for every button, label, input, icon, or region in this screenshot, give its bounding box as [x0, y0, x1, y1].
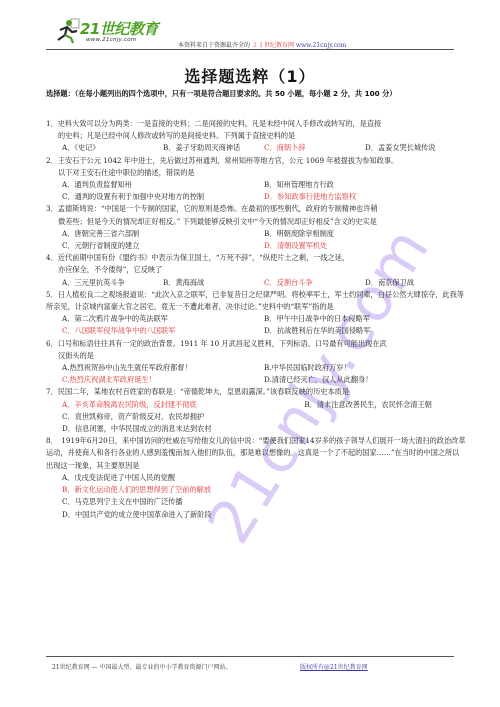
option-list: A．第二次鸦片战争中的英法联军B．甲午中日战争中的日本侵略军C．八国联军侵华战争… — [46, 313, 466, 337]
question-2: 2．王安石于公元 1042 年中进士，先后做过苏州通判，常州知州等地方官，公元 … — [46, 155, 466, 204]
site-logo[interactable]: 21世纪教育 www.21cnjy.com — [54, 12, 174, 48]
option-list: A．戊戌变法促进了中国人民的觉醒B．新文化运动使人们的思想得到了空前的解放C．马… — [46, 472, 466, 521]
page-header: 21世纪教育 www.21cnjy.com 本资料来自于资源最齐全的 ２１世纪教… — [46, 12, 454, 52]
question-stem-continued: 的史料；凡是已经中间人修改或转写的是间接史料。下列属于直接史料的是 — [46, 130, 466, 142]
question-stem: 1．史料大致可以分为两类：一是直接的史料；二是间接的史料。凡是未经中间人手修改或… — [46, 118, 466, 130]
logo-text: 21世纪教育 — [80, 18, 158, 39]
option-C: C．元朝行省制度的建立 — [62, 240, 264, 252]
question-stem-continued: 微差些；但是今天的情况却正好相反。” 下列最能够反映引文中“今天的情况却正好相反… — [46, 216, 466, 228]
question-stem: 6．口号和标语往往具有一定的政治背景。1911 年 10 月武昌起义胜利，下列标… — [46, 338, 466, 350]
page-title: 选择题选粹（1） — [0, 64, 500, 87]
option-D: D．信息闭塞，中华民国成立的消息未达到农村 — [62, 423, 466, 435]
page-footer: 21世纪教育网 — 中国最大型、最专业的中小学教育资源门户网站。 版权所有@21… — [52, 662, 452, 671]
option-B: B．黄海海战 — [163, 277, 264, 289]
question-5: 5．日人植松良二之观场报道说：“此次入京之联军，已非复昔日之纪律严明。将校率军士… — [46, 289, 466, 338]
option-C-correct: C．反割台斗争 — [264, 277, 365, 289]
option-row: C．袁世凯称帝，资产阶级反对，农民却拥护 — [46, 411, 466, 423]
question-list: 1．史料大致可以分为两类：一是直接的史料；二是间接的史料。凡是未经中间人手修改或… — [46, 118, 466, 521]
footer-tagline: 21世纪教育网 — 中国最大型、最专业的中小学教育资源门户网站。 — [52, 664, 231, 671]
option-A: A．《史记》 — [62, 142, 163, 154]
question-1: 1．史料大致可以分为两类：一是直接的史料；二是间接的史料。凡是未经中间人手修改或… — [46, 118, 466, 155]
footer-divider — [46, 656, 454, 657]
question-4: 4．近代前期中国有份《盟约书》中表示为保卫国土，“万死不辞”，“纵使片土之剩，一… — [46, 252, 466, 289]
option-A: A．第二次鸦片战争中的英法联军 — [62, 313, 264, 325]
option-list: A．三元里抗英斗争B．黄海海战C．反割台斗争D．南京保卫战 — [46, 277, 466, 289]
question-6: 6．口号和标语往往具有一定的政治背景。1911 年 10 月武昌起义胜利，下列标… — [46, 338, 466, 387]
option-A: A.热烈祝贺孙中山先生就任军政府都督！ — [62, 362, 264, 374]
option-A: A．通判负责监督知州 — [62, 179, 264, 191]
question-8: 8． 1919年6月20日，来中国访问的杜威在写给他女儿的信中说：“要使我们国家… — [46, 435, 466, 520]
question-stem-continued: 汉街头的是 — [46, 350, 466, 362]
option-B-correct: B．新文化运动使人们的思想得到了空前的解放 — [62, 484, 466, 496]
option-C-correct: C．八国联军侵华战争中的八国联军 — [62, 325, 264, 337]
question-3: 3．孟德斯鸠说：“中国是一个专制的国家，它的原则是恐怖。在最初的那些朝代，政府的… — [46, 203, 466, 252]
option-D-correct: D．清朝设置军机处 — [264, 240, 466, 252]
footer-copyright-link[interactable]: 版权所有@21世纪教育网 — [300, 662, 368, 671]
runner-logo-icon — [54, 18, 80, 44]
option-D: D．中国共产党的成立使中国革命进入了新阶段 — [62, 509, 466, 521]
question-stem: 2．王安石于公元 1042 年中进士，先后做过苏州通判，常州知州等地方官，公元 … — [46, 155, 466, 167]
question-stem: 7．民国二年，某地农村百姓家的春联是：“帝德乾坤大，皇恩雨露深。”该春联反映的历… — [46, 386, 466, 398]
question-stem: 5．日人植松良二之观场报道说：“此次入京之联军，已非复昔日之纪律严明。将校率军士… — [46, 289, 466, 313]
option-B: B．明朝废除宰相制度 — [264, 228, 466, 240]
question-stem-continued: 亦应保全，不令倭得”，它反映了 — [46, 264, 466, 276]
question-stem: 4．近代前期中国有份《盟约书》中表示为保卫国土，“万死不辞”，“纵使片土之剩，一… — [46, 252, 466, 264]
question-7: 7．民国二年，某地农村百姓家的春联是：“帝德乾坤大，皇恩雨露深。”该春联反映的历… — [46, 386, 466, 435]
header-note-url[interactable]: www.21cnjy.com — [296, 42, 346, 49]
option-A: A．三元里抗英斗争 — [62, 277, 163, 289]
option-B: B．知州管理地方行政 — [264, 179, 466, 191]
header-note: 本资料来自于资源最齐全的 ２１世纪教育网 www.21cnjy.com — [178, 40, 346, 49]
option-A-correct: A．辛亥革命脱离农民阶级，反封建不彻底 — [62, 399, 304, 411]
option-D: D．孟姜女哭长城传说 — [365, 142, 466, 154]
option-D: D.清清已经灭亡，汉人从此翻身！ — [264, 374, 466, 386]
option-D: D．南京保卫战 — [365, 277, 466, 289]
option-D-correct: D．参知政事行使地方监察权 — [264, 191, 466, 203]
header-note-brand: ２１世纪教育网 — [252, 42, 294, 49]
question-stem: 3．孟德斯鸠说：“中国是一个专制的国家，它的原则是恐怖。在最初的那些朝代，政府的… — [46, 203, 466, 215]
option-C-correct: C．商朝卜辞 — [264, 142, 365, 154]
section-instructions: 选择题：（在每小题列出的四个选项中，只有一项是符合题目要求的。共 50 小题，每… — [46, 88, 456, 100]
option-row: A．辛亥革命脱离农民阶级，反封建不彻底B．清末注意改善民生，农民怀念清王朝 — [46, 399, 466, 411]
option-list: A．唐朝完善三省六部制B．明朝废除宰相制度C．元朝行省制度的建立D．清朝设置军机… — [46, 228, 466, 252]
option-list: A．通判负责监督知州B．知州管理地方行政C．通判的设置有利于加强中央对地方的控制… — [46, 179, 466, 203]
option-C: C．马克思列宁主义在中国的广泛传播 — [62, 496, 466, 508]
option-row: D．信息闭塞，中华民国成立的消息未达到农村 — [46, 423, 466, 435]
option-list: A.热烈祝贺孙中山先生就任军政府都督！B.中华民国临时政府万岁！C.热烈庆祝湖北… — [46, 362, 466, 386]
header-divider — [46, 49, 454, 50]
option-B: B．甲午中日战争中的日本侵略军 — [264, 313, 466, 325]
option-B: B.中华民国临时政府万岁！ — [264, 362, 466, 374]
option-A: A．唐朝完善三省六部制 — [62, 228, 264, 240]
header-note-prefix: 本资料来自于资源最齐全的 — [178, 42, 250, 49]
question-stem-continued: 以下对王安石仕途中职位的描述，错误的是 — [46, 167, 466, 179]
question-stem: 8． 1919年6月20日，来中国访问的杜威在写给他女儿的信中说：“要使我们国家… — [46, 435, 466, 472]
option-B: B．清末注意改善民生，农民怀念清王朝 — [304, 399, 466, 411]
option-A: A．戊戌变法促进了中国人民的觉醒 — [62, 472, 466, 484]
option-C: C．通判的设置有利于加强中央对地方的控制 — [62, 191, 264, 203]
option-list: A．《史记》B．姜子牙助周灭商神话C．商朝卜辞D．孟姜女哭长城传说 — [46, 142, 466, 154]
logo-url: www.21cnjy.com — [86, 37, 136, 43]
option-D: D．抗战胜利后在华的美国侵略军 — [264, 325, 466, 337]
option-B: B．姜子牙助周灭商神话 — [163, 142, 264, 154]
option-C-correct: C.热烈庆祝湖北军政府诞生！ — [62, 374, 264, 386]
option-C: C．袁世凯称帝，资产阶级反对，农民却拥护 — [62, 411, 466, 423]
